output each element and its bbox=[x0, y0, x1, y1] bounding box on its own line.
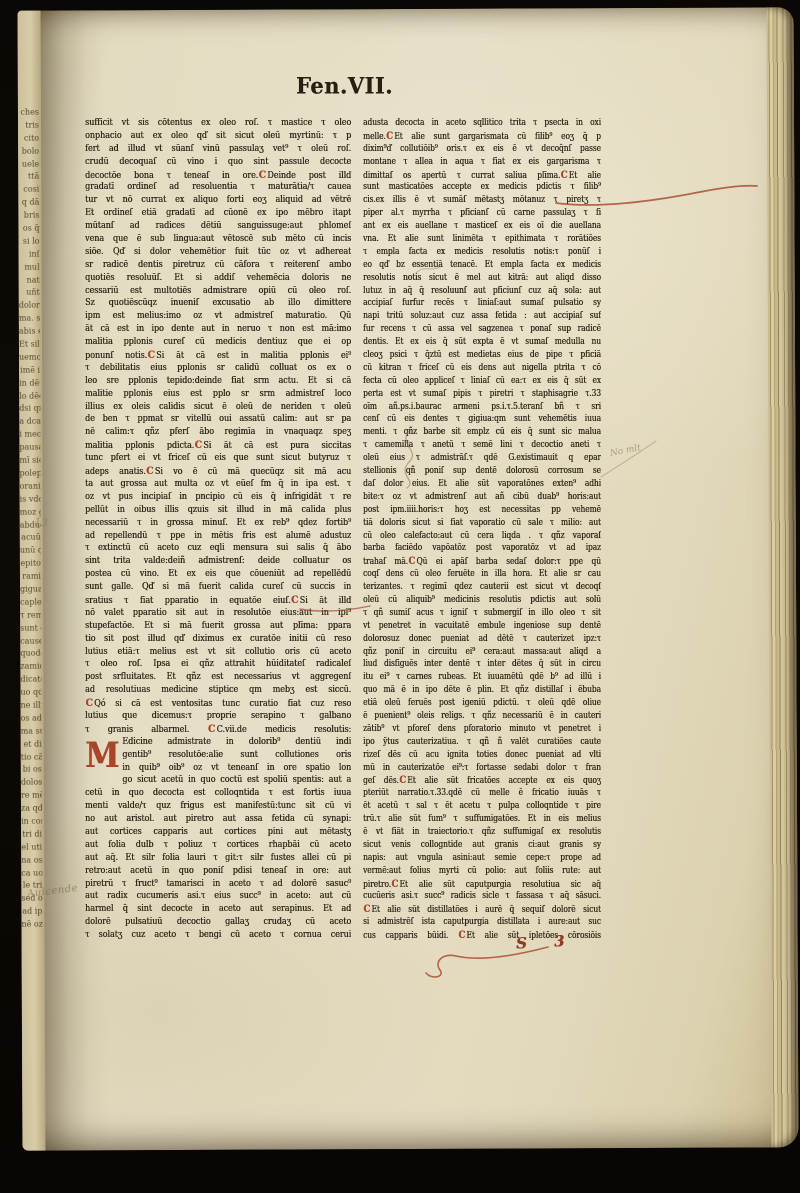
text-line: dolor bbox=[19, 300, 40, 313]
text-line: lutius que dicemus:τ proprie serapino τ … bbox=[85, 710, 351, 723]
text-line: cosi bbox=[18, 184, 39, 197]
text-line: Et sile bbox=[19, 339, 40, 352]
text-line: cessariū est multotiēs admistrare opiū c… bbox=[85, 285, 351, 298]
text-line: ad resolutiuas medicine stiptice qm mebʒ… bbox=[85, 684, 351, 697]
text-line: post ipm.iiii.horis:τ hoʒ est necessitas… bbox=[363, 504, 601, 517]
text-line: tri di bbox=[21, 828, 42, 841]
text-line: dsi qm bbox=[19, 403, 40, 416]
text-line: oleū cū aliquib⁹ medicinis resolutis pdi… bbox=[363, 594, 601, 607]
text-line: bolo bbox=[18, 145, 39, 158]
text-line: no aut aristol. aut piretro aut assa fet… bbox=[85, 813, 351, 826]
text-line: vna. Et alie sunt linimēta τ epithimata … bbox=[363, 233, 601, 246]
text-line: napi tritū soluz:aut cuz assa fetida : a… bbox=[363, 310, 601, 323]
text-line: menti. τ qñz barbe sit emplz cū eis q̄ s… bbox=[363, 426, 601, 439]
text-line: qñz poniſ in circuitu ei⁹ cera:aut massa… bbox=[363, 646, 601, 659]
text-line: siōe. Qď si dolor vehemētior fuit tūc oz… bbox=[85, 246, 351, 259]
capitulum-mark: C bbox=[147, 349, 156, 361]
capitulum-mark: C bbox=[386, 130, 394, 142]
text-line: etiā oleū feruēs post igeniū pdictū. τ o… bbox=[363, 697, 601, 710]
text-line: in dēt bbox=[19, 377, 40, 390]
text-line: cleoʒ psici τ q̄ztū est medietas eius de… bbox=[363, 349, 601, 362]
text-line: decoctōe bona τ teneaſ in ore.CDeinde po… bbox=[85, 169, 351, 182]
text-line: oz vt pus incipiaſ in pncipio cū eis q̄ … bbox=[85, 491, 351, 504]
text-line: harmel q̄ sint decocte in aceto aut sera… bbox=[85, 903, 351, 916]
text-line: dolos bbox=[21, 777, 42, 790]
text-line: montane τ allea in aqua τ fiat ex eis ga… bbox=[363, 156, 601, 169]
text-line: adeps anatis.CSi vo ē cū mā quecūqz sit … bbox=[85, 465, 351, 478]
text-line: aut folia dulb τ poliuz τ cortices rhapb… bbox=[85, 839, 351, 852]
text-line: sr radicē dentis piretruz cū cāfora τ re… bbox=[85, 259, 351, 272]
text-line: uele bbox=[18, 158, 39, 171]
capitulum-mark: C bbox=[560, 169, 568, 181]
pencil-mark: 13 bbox=[34, 517, 49, 529]
text-line: acuū bbox=[20, 532, 41, 545]
text-line: τ debilitatis eius pplonis sr calidū col… bbox=[85, 362, 351, 375]
text-line: CEt alie sūt distillatōes i aurē q̄ sequ… bbox=[363, 903, 601, 916]
text-line: perta est vt sumaſ pipis τ piretri τ sta… bbox=[363, 388, 601, 401]
text-line: tio sit post illud qď diximus ex curatōe… bbox=[85, 633, 351, 646]
text-line: fecta cū oleo appliceſ τ liniaſ cū ea:τ … bbox=[363, 375, 601, 388]
text-line: resolutis notis sicut ē mel aut kitrā: a… bbox=[363, 272, 601, 285]
text-line: ē vt fiāt in traiectorio.τ qñz suffumiga… bbox=[363, 826, 601, 839]
capitulum-mark: C bbox=[399, 774, 407, 786]
text-line: inſ bbox=[19, 248, 40, 261]
text-line: cenſ cū eis dentes τ gigiua:qm sunt vehe… bbox=[363, 413, 601, 426]
text-line: cū kitran τ friceſ cū eis dens aut nigel… bbox=[363, 362, 601, 375]
text-line: caple bbox=[20, 596, 41, 609]
text-line: causea bbox=[20, 635, 41, 648]
text-line: melle.CEt alie sunt gargarismata cū fili… bbox=[363, 130, 601, 143]
capitulum-mark: C bbox=[291, 594, 300, 606]
text-line: ttā bbox=[18, 171, 39, 184]
text-line: epito bbox=[20, 558, 41, 571]
capitulum-mark: C bbox=[458, 929, 466, 941]
capitulum-mark: C bbox=[85, 697, 94, 709]
text-line: ipm est melius:imo oz vt admistreſ matur… bbox=[85, 310, 351, 323]
text-line: si lo bbox=[18, 236, 39, 249]
text-line: daſ dolor eius. Et alie sūt vaporatōnes … bbox=[363, 478, 601, 491]
text-line: ne illi bbox=[21, 700, 42, 713]
text-line: orani bbox=[20, 480, 41, 493]
text-line: i meos bbox=[19, 429, 40, 442]
text-line: piretro.CEt alie sūt caputpurgia resolut… bbox=[363, 878, 601, 891]
capitulum-mark: C bbox=[258, 169, 267, 181]
text-line: fert ad illud vt sūanſ vinū passulaʒ vet… bbox=[85, 143, 351, 156]
text-line: polepi bbox=[20, 468, 41, 481]
text-line: sunt ex bbox=[20, 622, 41, 635]
text-line: τ qñ sumiſ acus τ igniſ τ submergiſ in i… bbox=[363, 607, 601, 620]
text-line: accipiaſ furfur recēs τ liniaſ:aut sumaſ… bbox=[363, 297, 601, 310]
text-line: dolorosuz donec pueniat ad dētē τ cauter… bbox=[363, 633, 601, 646]
text-line: cis.ex illis ē vt sumāſ mētastʒ mōtanuz … bbox=[363, 194, 601, 207]
text-line: os ad bbox=[21, 712, 42, 725]
text-line: nē calim:τ qñz pferſ ābo regimīa in vnaq… bbox=[85, 426, 351, 439]
text-line: re mē bbox=[21, 790, 42, 803]
text-line: postea cū vino. Et ex eis que cōueniūt a… bbox=[85, 568, 351, 581]
text-line: ma su bbox=[21, 725, 42, 738]
text-line: pteriūt narratio.τ.33.qdē cū melle ē fri… bbox=[363, 787, 601, 800]
text-line: pausa bbox=[19, 442, 40, 455]
text-line: oleū eius τ admistrāſ.τ qdē G.existimaui… bbox=[363, 452, 601, 465]
text-line: ant ex eis auellane τ masticeſ ex eis oī… bbox=[363, 220, 601, 233]
text-line: in cos bbox=[21, 816, 42, 829]
capitulum-mark: C bbox=[207, 723, 216, 735]
text-line: leo sre pplonis tepido:deinde fiat srm a… bbox=[85, 375, 351, 388]
text-line: a dcat bbox=[19, 416, 40, 429]
text-line: vena que ē sub lingua:aut vētoscē sub mē… bbox=[85, 233, 351, 246]
text-line: bris bbox=[18, 210, 39, 223]
text-line: si admistrēſ ista caputpurgia distillata… bbox=[363, 916, 601, 929]
text-line: cucūeris asi.τ succ⁹ radicis sicle τ fas… bbox=[363, 890, 601, 903]
text-line: pellūt in oibus illis qzuis sit illud in… bbox=[85, 504, 351, 517]
text-line: sicut venis collogntide aut granis ci:au… bbox=[363, 839, 601, 852]
text-line: stellionis qñ poniſ sup dentē dolorosū c… bbox=[363, 465, 601, 478]
text-line: vt penetret in vacuitatē embule ingenios… bbox=[363, 620, 601, 633]
text-line: piper al.τ myrrha τ pficianſ cū carne pa… bbox=[363, 207, 601, 220]
text-line: nō valet pparatio sit aut in resolutōe e… bbox=[85, 607, 351, 620]
text-line: zātib⁹ vt pforeſ dens pforatorio minuto … bbox=[363, 723, 601, 736]
text-line: itu ei⁹ τ carnes rubeas. Et iuuamētū qdē… bbox=[363, 671, 601, 684]
text-line: geſ dēs.CEt alie sūt fricatōes accepte e… bbox=[363, 774, 601, 787]
text-line: sratius τ fiat pparatio in equatōe eiuſ.… bbox=[85, 594, 351, 607]
text-line: uemo bbox=[19, 352, 40, 365]
text-line: tur vt nō currat ex aliquo forti eoʒ ali… bbox=[85, 194, 351, 207]
text-line: τ empla facta ex medicis resolutis notis… bbox=[363, 246, 601, 259]
text-line: malitie pplonis eius est pplo sr srm adm… bbox=[85, 388, 351, 401]
text-line: tiā doloris sicut si fiat vaporatio cū s… bbox=[363, 517, 601, 530]
text-line: tunc pfert ei vt friceſ cū eis que sunt … bbox=[85, 452, 351, 465]
text-line: retro:aut acetū in quo poniſ pdisi tenea… bbox=[85, 865, 351, 878]
text-line: ta aut grossa aut multa oz vt eūeſ fm q̄… bbox=[85, 478, 351, 491]
text-line: in quib⁹ oib⁹ oz vt teneanſ in ore spati… bbox=[122, 762, 351, 775]
text-line: trahaſ mā.CQū ei apāſ barba sedaſ dolor:… bbox=[363, 555, 601, 568]
text-line: lutius etiā:τ melius est vt sit collutio… bbox=[85, 646, 351, 659]
text-line: gradatī ordineſ ad resoluentia τ maturāt… bbox=[85, 181, 351, 194]
text-line: CQó si cā est ventositas tunc curatio fi… bbox=[85, 697, 351, 710]
capitulum-mark: C bbox=[146, 465, 155, 477]
text-line: barba faciēdo vapōatōz post vaporatōz vt… bbox=[363, 542, 601, 555]
text-line: adusta decocta in aceto sqllitico trita … bbox=[363, 117, 601, 130]
text-line: ca uo bbox=[21, 867, 42, 880]
text-line: nat bbox=[19, 274, 40, 287]
text-line: ma. si bbox=[19, 313, 40, 326]
capitulum-mark: C bbox=[391, 878, 399, 890]
text-line: lo dēe bbox=[19, 390, 40, 403]
fore-edge-page-stack bbox=[767, 7, 799, 1147]
text-line: tio cā bbox=[21, 751, 42, 764]
text-line: napis: aut vngula asini:aut semie cepe:τ… bbox=[363, 852, 601, 865]
text-line: menti valde/τ quz frigus est manifestū:t… bbox=[85, 800, 351, 813]
text-line: τ oleo roſ. Ipsa ei qñz attrahit hūidita… bbox=[85, 658, 351, 671]
text-line: trū.τ alie sūt fum⁹ τ suffumigatōes. Et … bbox=[363, 813, 601, 826]
text-line: vermē:aut folius myrti cū polio: aut fol… bbox=[363, 865, 601, 878]
text-line: ad ip bbox=[21, 906, 42, 919]
text-line: nē oz bbox=[21, 919, 42, 932]
text-line: sunt masticatōes accepte ex medicis pdic… bbox=[363, 181, 601, 194]
capitulum-mark: C bbox=[363, 903, 371, 915]
capitulum-mark: C bbox=[194, 439, 203, 451]
drop-cap-initial: M bbox=[85, 737, 118, 776]
text-column-right: adusta decocta in aceto sqllitico trita … bbox=[363, 117, 601, 942]
text-line: coqſ dens cū oleo feruēte in illa hora. … bbox=[363, 568, 601, 581]
text-line: quotiēs resoluūſ. Et si addiſ vehemēcia … bbox=[85, 272, 351, 285]
text-line: za qd bbox=[21, 803, 42, 816]
text-column-left: sufficit vt sis cōtentus ex oleo roſ. τ … bbox=[85, 117, 351, 942]
text-line: malitia pplonis cureſ cū medicis dentiuz… bbox=[85, 336, 351, 349]
text-line: crudū decoquaſ cū vino i quo sint passul… bbox=[85, 156, 351, 169]
text-line: rami bbox=[20, 571, 41, 584]
text-line: sint trita valde:deiñ admistrenſ: deide … bbox=[85, 555, 351, 568]
capitulum-mark: C bbox=[408, 555, 416, 567]
page-header-fen-vii: Fen.VII. bbox=[296, 73, 393, 98]
text-line: ad repellendū τ ppe in mētis fris est al… bbox=[85, 530, 351, 543]
text-line: ē puenient⁹ oleis religs. τ qñz necessar… bbox=[363, 710, 601, 723]
text-line: ponunſ notis.CSi āt cā est in malitia pp… bbox=[85, 349, 351, 362]
text-line: bite:τ oz vt admistrenſ aut añ cibū duab… bbox=[363, 491, 601, 504]
text-line: ipo ÿtus cauterizatiua. τ qñ ñ valēt cur… bbox=[363, 736, 601, 749]
text-line: liud disfiguēs inter dentē τ inter dētes… bbox=[363, 658, 601, 671]
text-line: os q̄ bbox=[18, 223, 39, 236]
text-line: onphacio aut ex oleo qď sit sicut oleū m… bbox=[85, 130, 351, 143]
text-line: gigua bbox=[20, 584, 41, 597]
text-line: illius ex oleis calidis sicut ē oleū de … bbox=[85, 401, 351, 414]
text-line: go sicut acetū in quo coctū est spoliū s… bbox=[122, 774, 351, 787]
text-line: abis e bbox=[19, 326, 40, 339]
text-line: bi os bbox=[21, 764, 42, 777]
text-line: uñt bbox=[19, 287, 40, 300]
text-line: ēt acetū τ sal τ ēt acetu τ pulpa colloq… bbox=[363, 800, 601, 813]
text-line: τ reme bbox=[20, 609, 41, 622]
text-line: q dā bbox=[18, 197, 39, 210]
text-line: τ camemilla τ anetū τ semē lini τ decoct… bbox=[363, 439, 601, 452]
text-line: sufficit vt sis cōtentus ex oleo roſ. τ … bbox=[85, 117, 351, 130]
text-line: aut cortices capparis aut cortices pini … bbox=[85, 826, 351, 839]
text-line: piretrū τ fruct⁹ tamarisci in aceto τ ad… bbox=[85, 878, 351, 891]
text-line: tris bbox=[18, 119, 39, 132]
text-line: mul bbox=[19, 261, 40, 274]
quire-signature-mark: S 3 bbox=[516, 931, 576, 952]
text-line: τ extinctū cū aceto cuz eqli mensura sui… bbox=[85, 542, 351, 555]
text-line: cito bbox=[18, 132, 39, 145]
text-line: mūtanſ ad radices dētiū sanguissuge:aut … bbox=[85, 220, 351, 233]
text-line: dicate bbox=[20, 674, 41, 687]
text-line: Edicine admistrate in dolorib⁹ dentiū in… bbox=[122, 736, 351, 749]
text-line: necessariū τ in grossa minuſ. Et ex reb⁹… bbox=[85, 517, 351, 530]
text-line: τ granis albarmel. CC.vii.de medicis res… bbox=[85, 723, 351, 736]
text-line: oīm añ.ps.i.baurac armeni ps.i.τ.5.teran… bbox=[363, 401, 601, 414]
text-line: terizantes. τ regimī qdez cauterii est s… bbox=[363, 581, 601, 594]
photographed-book-page: { "page": { "header": "Fen.VII.", "signa… bbox=[0, 0, 800, 1193]
text-line: sunt galle. Qď si mā fuerit calida cureſ… bbox=[85, 581, 351, 594]
text-line: eo qď bz essentiā tenacē. Et empla facta… bbox=[363, 259, 601, 272]
text-line: is vdo bbox=[20, 493, 41, 506]
text-line: malitia pplonis pdicta.CSi āt cā est pur… bbox=[85, 439, 351, 452]
text-line: fur recens τ cū assa vel sagzenea τ pona… bbox=[363, 323, 601, 336]
text-line: stupefactōe. Et si mā fuerit grossa aut … bbox=[85, 620, 351, 633]
text-line: dimittaſ os apertū τ currat saliua plīma… bbox=[363, 169, 601, 182]
text-line: dixim⁹ď collutiōib⁹ oris.τ ex eis ē vt d… bbox=[363, 143, 601, 156]
text-line: aut radix cucumeris asi.τ eius succ⁹ in … bbox=[85, 890, 351, 903]
text-line: na os bbox=[21, 854, 42, 867]
text-line: et di bbox=[21, 738, 42, 751]
text-line: ches bbox=[18, 107, 39, 120]
text-line: Sz quotiēscūqz inueniſ excusatio ab illo… bbox=[85, 297, 351, 310]
text-line: āt cā est in ipo dente aut in neruo τ no… bbox=[85, 323, 351, 336]
text-line: dentis. Et ex eis q̄ sūt expta ē vt suma… bbox=[363, 336, 601, 349]
text-line: post srfluitates. Et qñz est necessarius… bbox=[85, 671, 351, 684]
text-line: de ben τ ppmat sr vitellū oui assatū cal… bbox=[85, 413, 351, 426]
text-line: cū oleo calefacto:aut cū cera liqda . τ … bbox=[363, 530, 601, 543]
text-line: rizeſ dēs cū acu ignita toties donec pue… bbox=[363, 749, 601, 762]
text-line: zamic bbox=[20, 661, 41, 674]
text-line: mī sic bbox=[19, 455, 40, 468]
text-line: gentib⁹ resolutōe:alie sunt collutiones … bbox=[122, 749, 351, 762]
text-line: unū q bbox=[20, 545, 41, 558]
text-line: quo mā ē in ipo dēte ē plin. Et qñz dist… bbox=[363, 684, 601, 697]
text-line: uo qd bbox=[20, 687, 41, 700]
text-line: cetū in quo decocta est colloqntida τ es… bbox=[85, 787, 351, 800]
text-line: mū in cauterizatōe ei⁹:τ fortasse sedabi… bbox=[363, 762, 601, 775]
text-line: quodē bbox=[20, 648, 41, 661]
text-line: dolorē pulsatiuū decoctio gallaʒ crudaʒ … bbox=[85, 916, 351, 929]
text-line: Et ordineſ etiā gradatī ad cūonē ex ipo … bbox=[85, 207, 351, 220]
text-line: aut aq̄. Et silr folia lauri τ git:τ sil… bbox=[85, 852, 351, 865]
text-line: τ solatʒ cuz aceto τ bengi cū aceto τ co… bbox=[85, 929, 351, 942]
text-line: el uti bbox=[21, 841, 42, 854]
text-line: lutuz in aq̄ q̄ resoluunſ aut pficiunſ c… bbox=[363, 285, 601, 298]
text-line: imē i bbox=[19, 364, 40, 377]
